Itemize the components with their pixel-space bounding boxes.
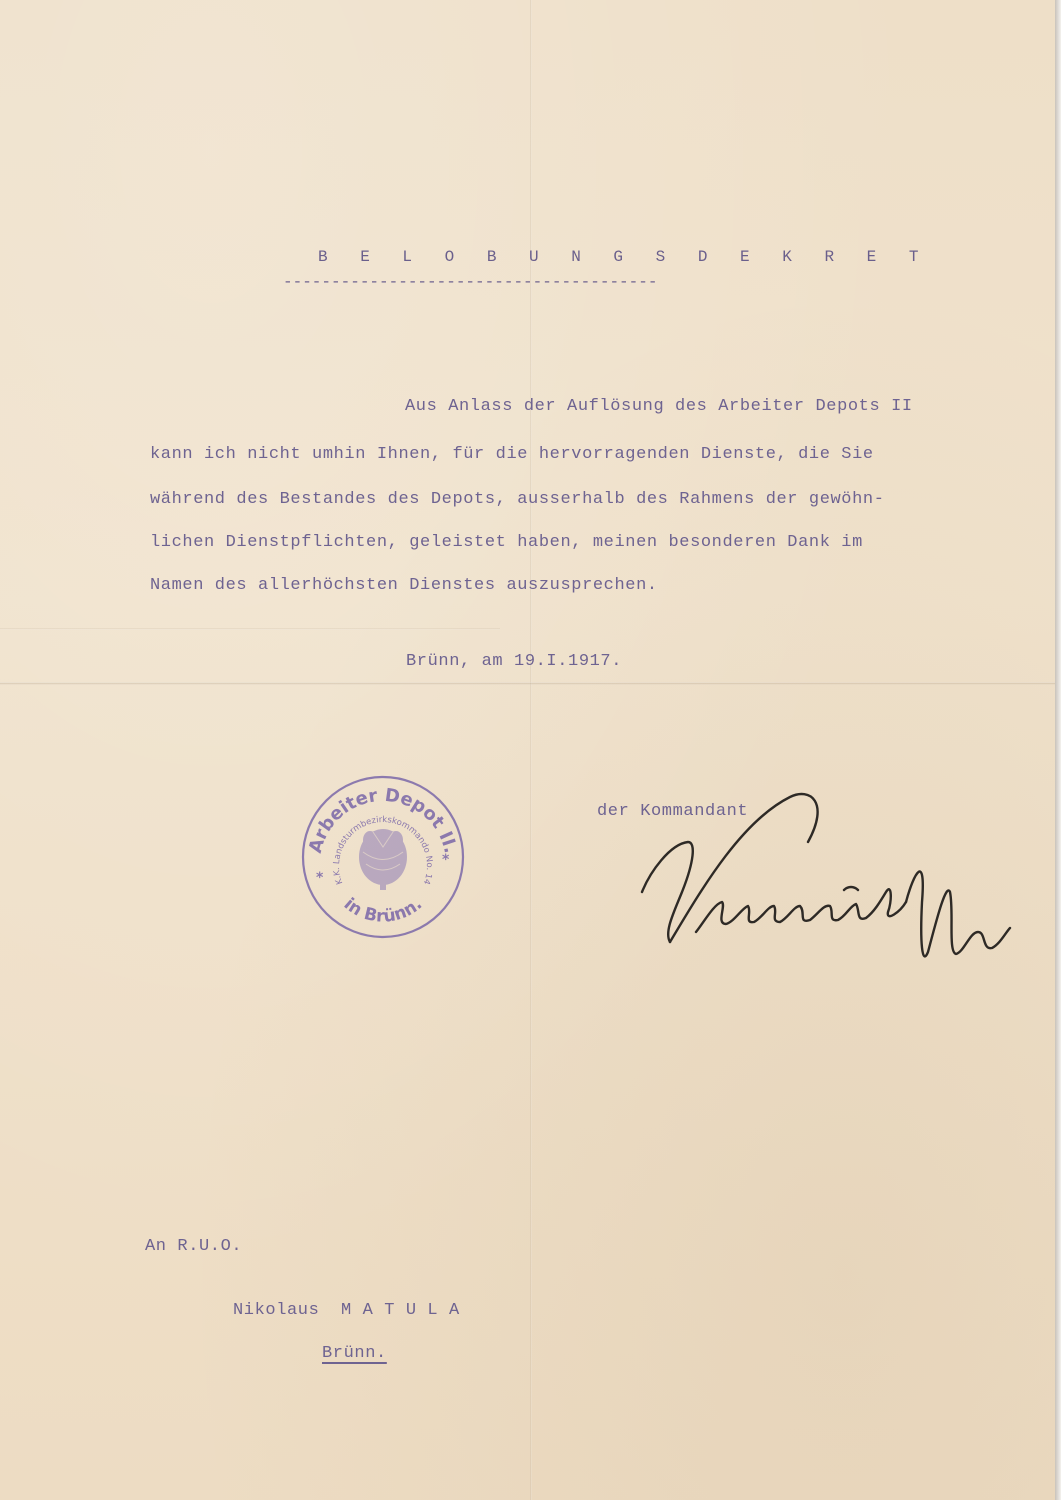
recipient-name: Nikolaus M A T U L A bbox=[233, 1302, 460, 1319]
document-title: B E L O B U N G S D E K R E T bbox=[318, 249, 930, 265]
title-dashed-rule: --------------------------------------- bbox=[283, 274, 657, 290]
vertical-fold-line bbox=[530, 0, 532, 1500]
date-line: Brünn, am 19.I.1917. bbox=[406, 653, 622, 670]
paper-crease bbox=[0, 628, 500, 630]
svg-text:*: * bbox=[442, 852, 450, 868]
body-line-2: kann ich nicht umhin Ihnen, für die herv… bbox=[150, 446, 874, 463]
svg-text:*: * bbox=[316, 870, 324, 886]
horizontal-fold-line bbox=[0, 682, 1055, 685]
official-stamp-icon: Arbeiter Depot II. in Brünn. K.K. Landst… bbox=[298, 772, 468, 942]
recipient-prefix: An R.U.O. bbox=[145, 1238, 242, 1255]
handwritten-signature-icon bbox=[630, 782, 1050, 982]
document-page: B E L O B U N G S D E K R E T ----------… bbox=[0, 0, 1055, 1500]
body-line-5: Namen des allerhöchsten Dienstes auszusp… bbox=[150, 577, 658, 594]
svg-text:in Brünn.: in Brünn. bbox=[340, 894, 426, 927]
body-line-3: während des Bestandes des Depots, ausser… bbox=[150, 491, 885, 508]
body-line-1: Aus Anlass der Auflösung des Arbeiter De… bbox=[405, 398, 913, 415]
recipient-city: Brünn. bbox=[322, 1345, 387, 1362]
body-line-4: lichen Dienstpflichten, geleistet haben,… bbox=[150, 534, 863, 551]
page-edge bbox=[1055, 0, 1061, 1500]
